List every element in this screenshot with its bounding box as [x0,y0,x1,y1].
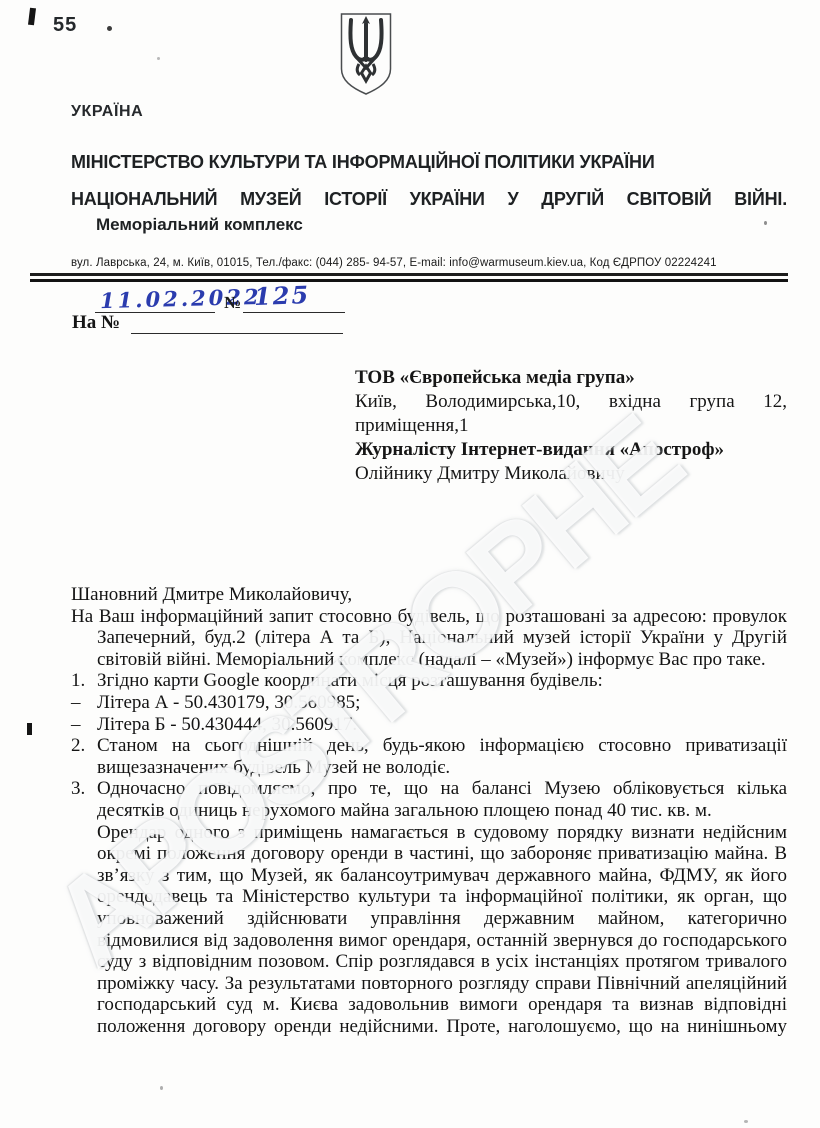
recipient-address-line2: приміщення,1 [355,414,787,438]
list-item: 2. Станом на сьогоднішній день, будь-яко… [71,735,787,778]
country-name: УКРАЇНА [71,103,143,121]
list-item-text: Одночасно повідомляємо, про те, що на ба… [97,778,787,821]
salutation: Шановний Дмитре Миколайовичу, [71,584,787,606]
list-marker: 2. [71,735,97,757]
list-marker: – [71,714,97,736]
header-divider [30,273,788,282]
reply-reference-label: На № [72,312,120,334]
recipient-company: ТОВ «Європейська медіа група» [355,366,787,390]
letter-body: Шановний Дмитре Миколайовичу, На Ваш інф… [71,584,787,1037]
list-item-text: Літера А - 50.430179, 30.560985; [97,692,360,713]
list-item: – Літера Б - 50.430444, 30.560917. [71,714,787,736]
scan-speck [107,26,112,31]
museum-name: НАЦІОНАЛЬНИЙ МУЗЕЙ ІСТОРІЇ УКРАЇНИ У ДРУ… [71,189,787,209]
list-item-text: Згідно карти Google координати місця роз… [97,670,603,691]
list-item: 3. Одночасно повідомляємо, про те, що на… [71,778,787,821]
ministry-name: МІНІСТЕРСТВО КУЛЬТУРИ ТА ІНФОРМАЦІЙНОЇ П… [71,152,787,172]
recipient-address-line1: Київ, Володимирська,10, вхідна група 12, [355,390,787,414]
scan-speck [764,221,767,225]
recipient-role: Журналісту Інтернет-видання «Апостроф» [355,438,787,462]
recipient-person: Олійнику Дмитру Миколайовичу [355,462,787,486]
list-marker: 1. [71,670,97,692]
page-number: 55 [53,14,77,37]
intro-paragraph: На Ваш інформаційний запит стосовно буді… [71,606,787,671]
list-marker: – [71,692,97,714]
contact-line: вул. Лаврська, 24, м. Київ, 01015, Тел./… [71,257,787,269]
reply-reference-underline [131,333,343,334]
list-marker: 3. [71,778,97,800]
list-item-text: Станом на сьогоднішній день, будь-якою і… [97,735,787,778]
scan-speck [744,1120,748,1123]
list-item-text: Літера Б - 50.430444, 30.560917. [97,714,357,735]
outgoing-number-handwritten: 125 [254,280,311,311]
ukraine-trident-icon [337,11,395,96]
scan-speck [157,57,160,60]
list-item: 1. Згідно карти Google координати місця … [71,670,787,692]
scan-artifact [27,723,32,735]
museum-subtitle: Меморіальний комплекс [96,215,303,235]
scan-artifact [28,8,36,26]
recipient-block: ТОВ «Європейська медіа група» Київ, Воло… [355,366,787,486]
scanned-letter-page: 55 УКРАЇНА МІНІСТЕРСТВО КУЛЬТУРИ ТА ІНФО… [0,0,820,1128]
list-item: – Літера А - 50.430179, 30.560985; [71,692,787,714]
continuation-paragraph: Орендар одного з приміщень намагається в… [97,822,787,1038]
outgoing-number-label: № [224,293,241,313]
scan-speck [160,1086,163,1090]
number-underline [243,312,345,313]
